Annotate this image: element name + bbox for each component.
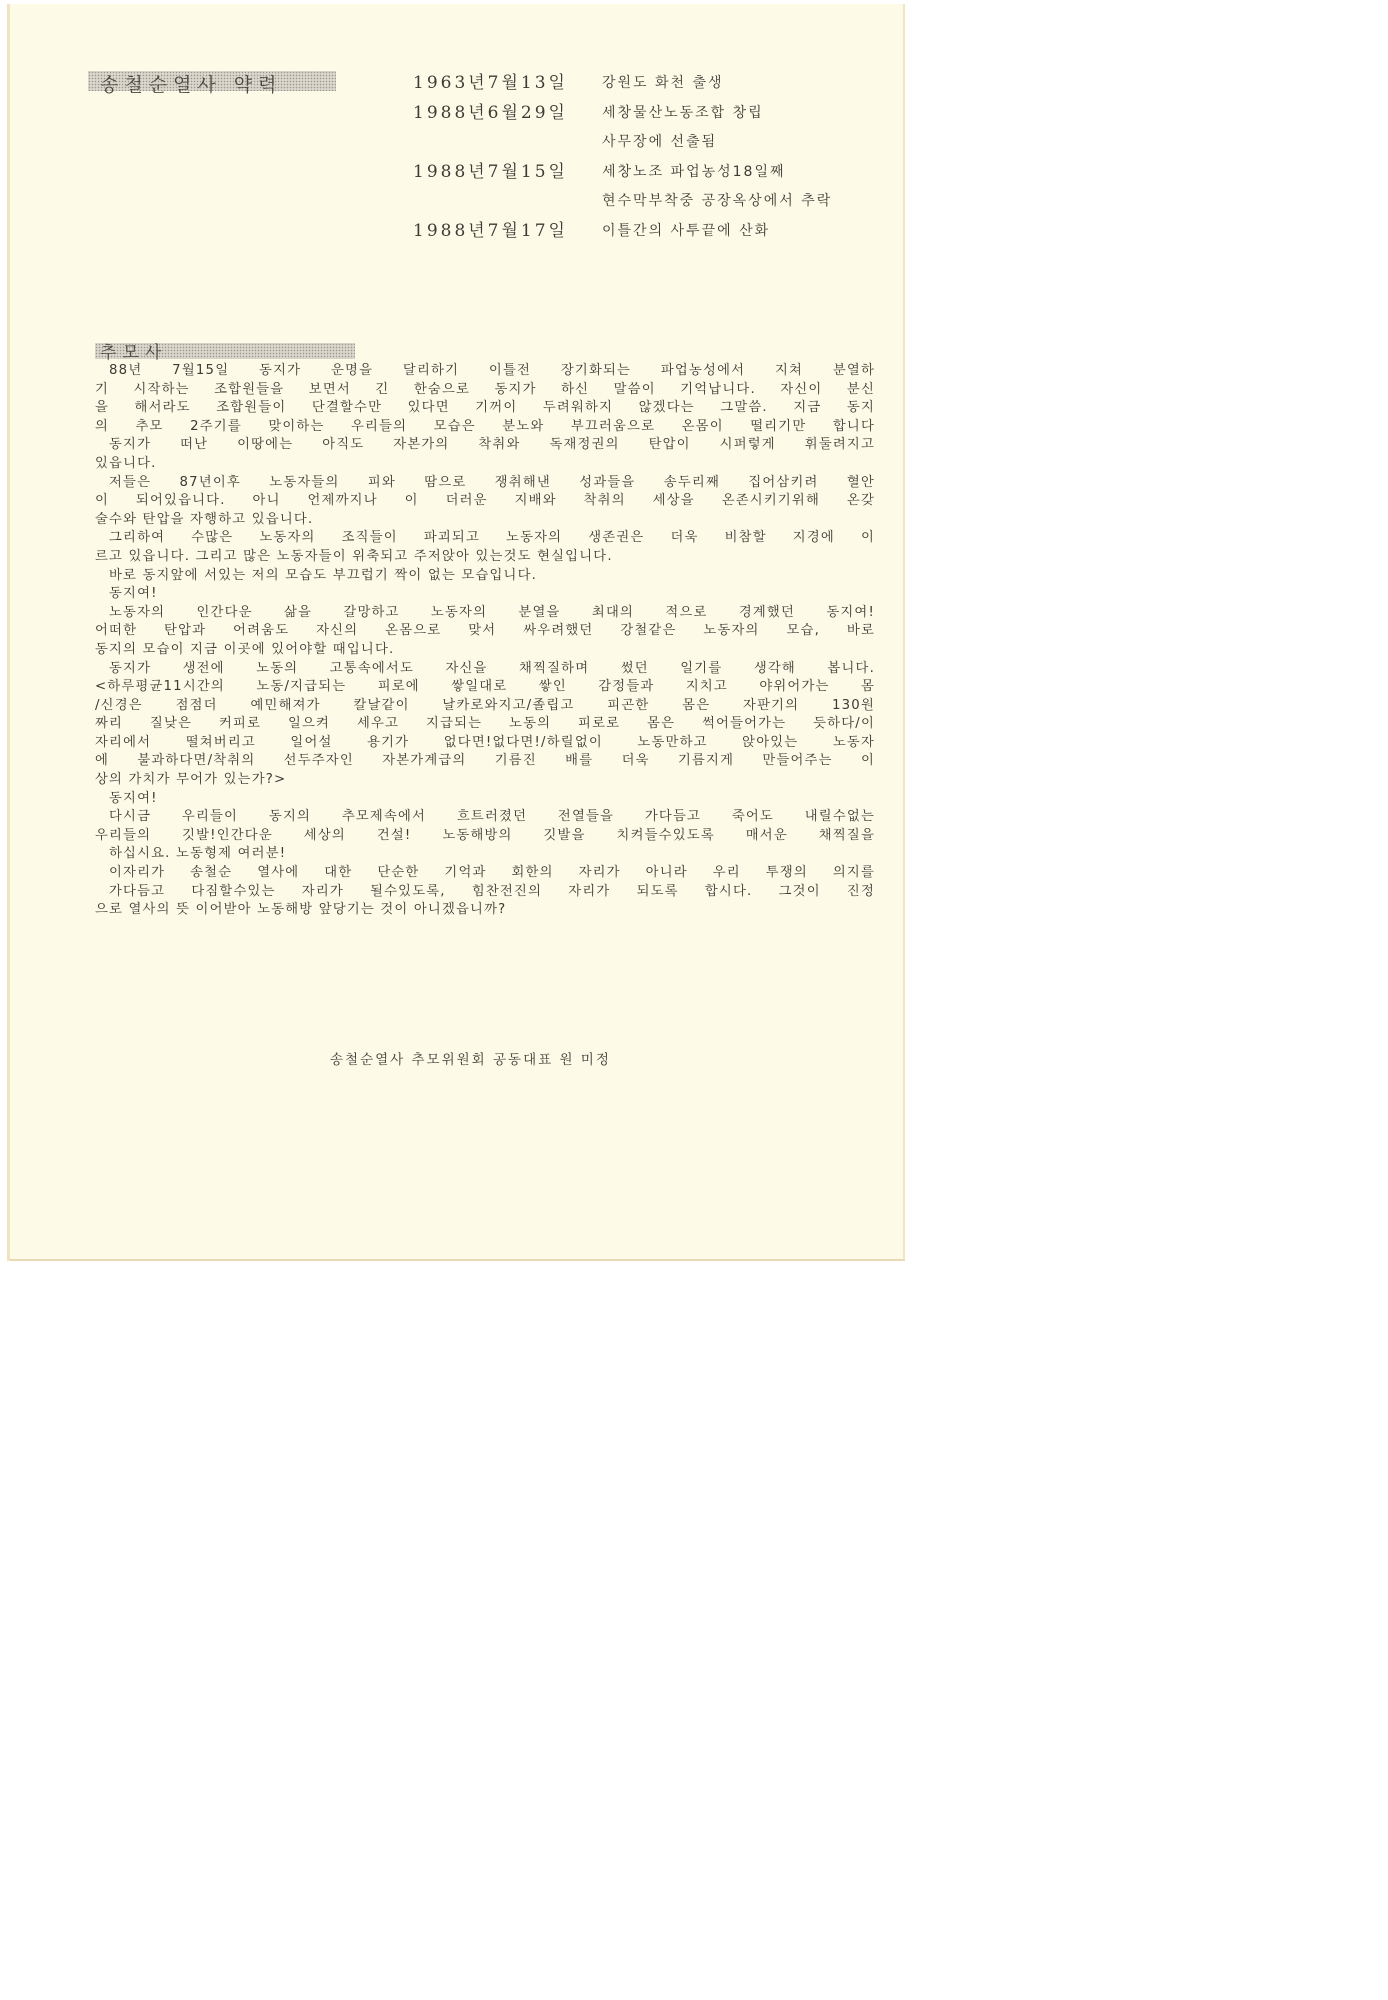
chronology-description: 세창물산노동조합 창립 <box>602 102 764 122</box>
eulogy-line: 동지가 떠난 이땅에는 아직도 자본가의 착취와 독재정권의 탄압이 시퍼렇게 … <box>95 436 875 455</box>
eulogy-line: 기 시작하는 조합원들을 보면서 긴 한숨으로 동지가 하신 말씀이 기억납니다… <box>95 381 875 400</box>
eulogy-line: 동지여! <box>95 585 875 604</box>
eulogy-line: 동지여! <box>95 790 875 809</box>
chronology-description: 사무장에 선출됨 <box>602 131 717 151</box>
eulogy-line: 에 불과하다면/착취의 선두주자인 자본가계급의 기름진 배를 더욱 기름지게 … <box>95 752 875 771</box>
eulogy-line: 어떠한 탄압과 어려움도 자신의 온몸으로 맞서 싸우려했던 강철같은 노동자의… <box>95 622 875 641</box>
eulogy-line: 가다듬고 다짐할수있는 자리가 될수있도록, 힘찬전진의 자리가 되도록 합시다… <box>95 883 875 902</box>
eulogy-line: 저들은 87년이후 노동자들의 피와 땀으로 쟁취해낸 성과들을 송두리째 집어… <box>95 474 875 493</box>
eulogy-line: 이자리가 송철순 열사에 대한 단순한 기억과 회한의 자리가 아니라 우리 투… <box>95 864 875 883</box>
eulogy-line: 동지의 모습이 지금 이곳에 있어야할 때입니다. <box>95 641 875 660</box>
eulogy-line: 우리들의 깃발!인간다운 세상의 건설! 노동해방의 깃발을 치켜들수있도록 매… <box>95 827 875 846</box>
eulogy-line: 르고 있읍니다. 그리고 많은 노동자들이 위축되고 주저앉아 있는것도 현실입… <box>95 548 875 567</box>
eulogy-line: 동지가 생전에 노동의 고통속에서도 자신을 채찍질하며 썼던 일기를 생각해 … <box>95 660 875 679</box>
eulogy-heading: 추모사 <box>100 338 167 363</box>
eulogy-line: 다시금 우리들이 동지의 추모제속에서 흐트러졌던 전열들을 가다듬고 죽어도 … <box>95 808 875 827</box>
eulogy-body: 88년 7월15일 동지가 운명을 달리하기 이틀전 장기화되는 파업농성에서 … <box>95 362 875 920</box>
eulogy-line: <하루평균11시간의 노동/지급되는 피로에 쌓일대로 쌓인 감정들과 지치고 … <box>95 678 875 697</box>
chronology-date: 1988년6월29일 <box>413 98 568 123</box>
eulogy-line: 을 해서라도 조합원들이 단결할수만 있다면 기꺼이 두려워하지 않겠다는 그말… <box>95 399 875 418</box>
eulogy-line: 으로 열사의 뜻 이어받아 노동해방 앞당기는 것이 아니겠읍니까? <box>95 901 875 920</box>
chronology-date: 1988년7월17일 <box>413 216 568 241</box>
chronology-description: 현수막부착중 공장옥상에서 추락 <box>602 190 832 210</box>
chronology-date: 1988년7월15일 <box>413 157 568 182</box>
eulogy-line: 88년 7월15일 동지가 운명을 달리하기 이틀전 장기화되는 파업농성에서 … <box>95 362 875 381</box>
eulogy-line: 술수와 탄압을 자행하고 있읍니다. <box>95 511 875 530</box>
eulogy-line: 하십시요. 노동형제 여러분! <box>95 845 875 864</box>
eulogy-line: 그리하여 수많은 노동자의 조직들이 파괴되고 노동자의 생존권은 더욱 비참할… <box>95 529 875 548</box>
eulogy-line: 자리에서 떨쳐버리고 일어설 용기가 없다면!없다면!/하릴없이 노동만하고 앉… <box>95 734 875 753</box>
eulogy-line: 상의 가치가 무어가 있는가?> <box>95 771 875 790</box>
signature-line: 송철순열사 추모위원회 공동대표 원 미정 <box>330 1048 611 1068</box>
chronology-date: 1963년7월13일 <box>413 68 568 93</box>
eulogy-line: 이 되어있읍니다. 아니 언제까지나 이 더러운 지배와 착취의 세상을 온존시… <box>95 492 875 511</box>
eulogy-line: 있읍니다. <box>95 455 875 474</box>
chronology-description: 세창노조 파업농성18일째 <box>602 161 786 181</box>
chronology-description: 이틀간의 사투끝에 산화 <box>602 220 770 240</box>
eulogy-line: 바로 동지앞에 서있는 저의 모습도 부끄럽기 짝이 없는 모습입니다. <box>95 567 875 586</box>
eulogy-line: 노동자의 인간다운 삶을 갈망하고 노동자의 분열을 최대의 적으로 경계했던 … <box>95 604 875 623</box>
chronology-description: 강원도 화천 출생 <box>602 72 724 92</box>
eulogy-line: /신경은 점점더 예민해져가 칼날같이 날카로와지고/졸립고 피곤한 몸은 자판… <box>95 697 875 716</box>
chronology-heading: 송철순열사 약력 <box>100 70 283 97</box>
eulogy-line: 의 추모 2주기를 맞이하는 우리들의 모습은 분노와 부끄러움으로 온몸이 떨… <box>95 418 875 437</box>
eulogy-line: 짜리 질낮은 커피로 일으켜 세우고 지급되는 노동의 피로로 몸은 썩어들어가… <box>95 715 875 734</box>
